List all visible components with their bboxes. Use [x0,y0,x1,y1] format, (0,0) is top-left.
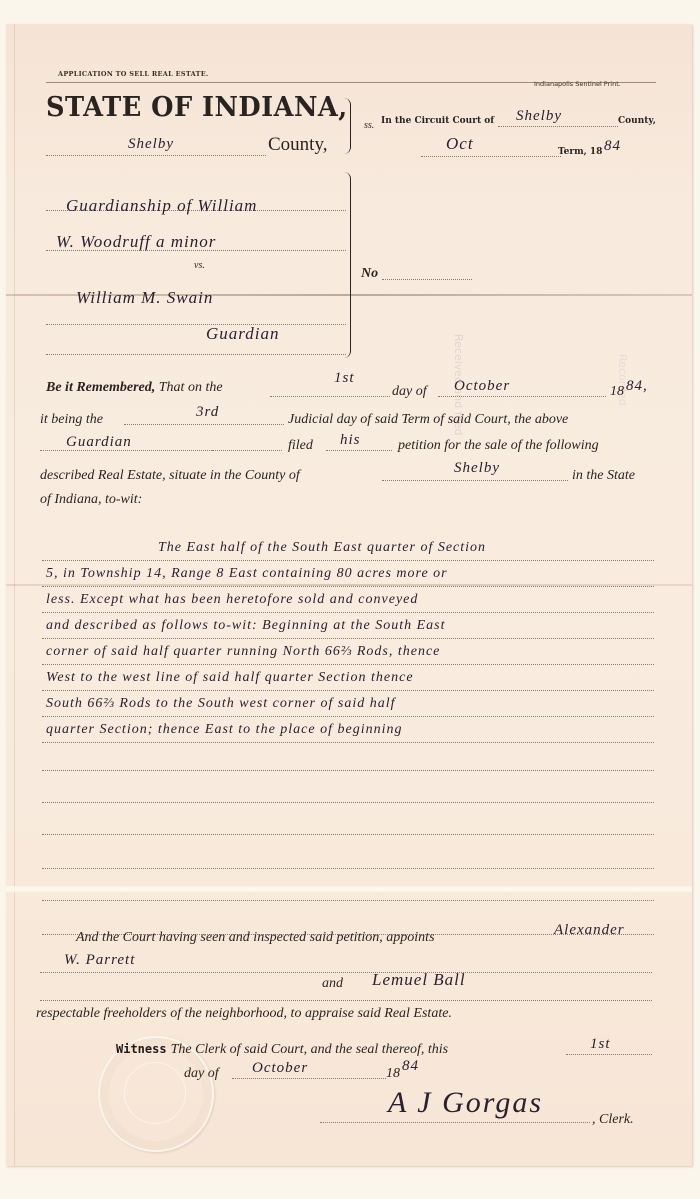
appraiser2: Lemuel Ball [372,970,466,990]
description-rule [42,868,654,869]
description-rule [42,834,654,835]
witness-month-handwritten: October [252,1060,308,1077]
witness-day-handwritten: 1st [590,1036,611,1053]
description-rule [42,716,654,717]
day-ordinal-handwritten: 1st [334,370,355,387]
freeholders-text: respectable freeholders of the neighborh… [36,1006,452,1022]
appraiser1-first: Alexander [554,922,625,939]
year-handwritten: 84, [626,378,648,395]
remembered-line: Be it Remembered, That on the [46,380,223,396]
witness-year-handwritten: 84 [402,1058,419,1075]
caption-line [46,324,346,325]
witness-day-of: day of [184,1066,219,1082]
appraiser1-rest: W. Parrett [64,952,135,969]
county-handwritten: Shelby [128,136,174,153]
caption-party-line2: W. Woodruff a minor [56,232,216,252]
filed-line [212,450,282,451]
brace [344,98,351,154]
description-rule [42,900,654,901]
filed-label: filed [288,438,313,454]
fold-crease [6,886,692,894]
appointment-intro: And the Court having seen and inspected … [76,930,435,946]
pronoun-handwritten: his [340,432,361,449]
estate-county-handwritten: Shelby [454,460,500,477]
circuit-court-label: In the Circuit Court of [381,116,494,126]
day-line [270,396,390,397]
term-month-handwritten: Oct [446,134,474,154]
description-rule [42,664,654,665]
month-line [438,396,606,397]
description-rule [42,612,654,613]
appraiser-line [40,1000,652,1001]
description-line: The East half of the South East quarter … [158,540,486,556]
description-rule [42,742,654,743]
caption-party-line1: Guardianship of William [66,196,257,216]
witness-line: Witness The Clerk of said Court, and the… [116,1040,448,1058]
description-rule [42,638,654,639]
term-year-handwritten: 84 [604,138,621,155]
judicial-text: Judicial day of said Term of said Court,… [288,412,568,428]
county-fill-line [46,155,266,156]
case-no-line [382,279,472,280]
judicial-ordinal-handwritten: 3rd [196,404,219,421]
document-sheet: Received and filed Recorded APPLICATION … [6,24,692,1166]
state-heading: STATE OF INDIANA, [46,92,348,123]
description-line: less. Except what has been heretofore so… [46,592,418,608]
caption-party-line4: Guardian [206,324,280,344]
witness-year-prefix: 18 [386,1066,400,1082]
description-line: corner of said half quarter running Nort… [46,644,440,660]
judicial-day-line [124,424,284,425]
description-line: South 66⅔ Rods to the South west corner … [46,696,396,712]
circuit-county-handwritten: Shelby [516,108,562,125]
described-text: described Real Estate, situate in the Co… [40,468,300,484]
of-indiana: of Indiana, to-wit: [40,492,142,508]
description-rule [42,770,654,771]
caption-brace [344,172,351,358]
term-line [421,156,561,157]
it-being-the: it being the [40,412,103,428]
year-prefix: 18 [610,384,624,400]
pronoun-line [326,450,392,451]
petition-text: petition for the sale of the following [398,438,599,454]
description-line: 5, in Township 14, Range 8 East containi… [46,566,448,582]
witness-text: The Clerk of said Court, and the seal th… [171,1042,449,1057]
remembered-prefix: Be it Remembered, [46,380,155,395]
estate-county-line [382,480,568,481]
caption-line [46,354,346,355]
ss-label: ss. [364,120,374,131]
clerk-signature: A J Gorgas [388,1086,543,1120]
vs-label: vs. [194,260,205,271]
that-on-the: That on the [159,380,223,395]
form-title: APPLICATION TO SELL REAL ESTATE. [58,70,209,78]
witness-month-line [232,1078,386,1079]
witness-label: Witness [116,1042,167,1056]
appraiser-line [40,972,652,973]
case-no-label: No [361,266,378,282]
in-the-state: in the State [572,468,635,484]
caption-party-line3: William M. Swain [76,288,213,308]
county-label-right: County, [618,116,656,126]
clerk-label: , Clerk. [592,1112,634,1128]
circuit-county-line [498,126,618,127]
description-rule [42,802,654,803]
description-line: West to the west line of said half quart… [46,670,414,686]
description-line: and described as follows to-wit: Beginni… [46,618,445,634]
description-rule [42,560,654,561]
month-handwritten: October [454,378,510,395]
description-rule [42,586,654,587]
petitioner-handwritten: Guardian [66,434,132,451]
printer-credit: Indianapolis Sentinel Print. [534,80,621,88]
description-rule [42,690,654,691]
day-of-label: day of [392,384,427,400]
description-line: quarter Section; thence East to the plac… [46,722,402,738]
county-label: County, [268,134,327,156]
witness-day-line [566,1054,652,1055]
term-label: Term, 18 [558,147,602,157]
signature-line [320,1122,590,1123]
and-label: and [322,976,343,992]
